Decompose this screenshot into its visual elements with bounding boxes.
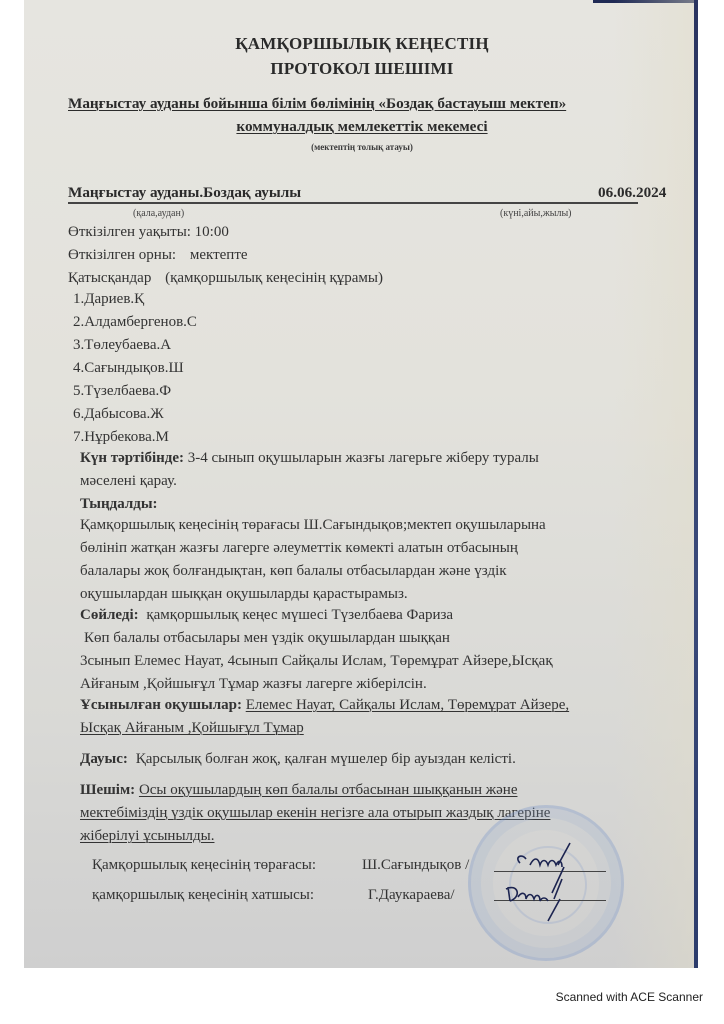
place: Маңғыстау ауданы.Боздақ ауылы [68,184,301,202]
decision-label: Шешім: [80,782,135,798]
document-title-line2: ПРОТОКОЛ ШЕШІМІ [0,59,724,79]
scanner-watermark: Scanned with ACE Scanner [556,990,703,1004]
spoke-line: Сөйледі: қамқоршылық кеңес мүшесі Түзелб… [80,607,453,624]
agenda-text: 3-4 сынып оқушыларын жазғы лагерьге жібе… [188,450,539,466]
spoke-label: Сөйледі: [80,607,139,623]
member-item: 4.Сағындықов.Ш [73,360,184,377]
venue-value: мектепте [190,247,248,263]
member-item: 6.Дабысова.Ж [73,406,164,423]
organization-caption: (мектептің толық атауы) [0,142,724,152]
spoke-text: қамқоршылық кеңес мүшесі Түзелбаева Фари… [146,607,453,623]
heard-label: Тыңдалды: [80,496,158,513]
vote-line: Дауыс: Қарсылық болған жоқ, қалған мүшел… [80,751,516,768]
document-title-line1: ҚАМҚОРШЫЛЫҚ КЕҢЕСТІҢ [0,34,724,54]
place-caption: (қала,аудан) [133,208,184,219]
member-item: 2.Алдамбергенов.С [73,314,197,331]
heard-text-line: Қамқоршылық кеңесінің төрағасы Ш.Сағынды… [80,517,546,534]
vote-label: Дауыс: [80,751,128,767]
spoke-text-line: Көп балалы отбасылары мен үздік оқушылар… [84,630,450,647]
venue-line: Өткізілген орны: мектепте [68,247,248,264]
proposed-students-cont: Ысқақ Айғаным ,Қойшығұл Тұмар [80,720,304,737]
vote-text: Қарсылық болған жоқ, қалған мүшелер бір … [136,751,516,767]
member-item: 1.Дариев.Қ [73,291,144,308]
decision-line: Шешім: Осы оқушылардың көп балалы отбасы… [80,782,517,799]
signature-name-secretary: Г.Даукараева/ [368,887,455,904]
participants-note: (қамқоршылық кеңесінің құрамы) [165,270,383,286]
date: 06.06.2024 [598,184,666,202]
decision-text: Осы оқушылардың көп балалы отбасынан шық… [139,782,518,798]
signature-role-secretary: қамқоршылық кеңесінің хатшысы: [92,887,314,904]
participants-label: Қатысқандар [68,270,151,286]
time-line: Өткізілген уақыты: 10:00 [68,224,229,241]
decision-text-line: жіберілуі ұсынылды. [80,828,214,845]
heard-text-line: оқушылардан шыққан оқушыларды қарастырам… [80,586,408,603]
venue-label: Өткізілген орны: [68,247,176,263]
member-item: 3.Төлеубаева.А [73,337,171,354]
agenda-line: Күн тәртібінде: 3-4 сынып оқушыларын жаз… [80,450,539,467]
proposed-label: Ұсынылған оқушылар: [80,697,242,713]
member-item: 7.Нұрбекова.М [73,429,169,446]
participants-line: Қатысқандар (қамқоршылық кеңесінің құрам… [68,270,383,287]
heard-text-line: бөлініп жатқан жазғы лагерге әлеуметтік … [80,540,518,557]
organization-name-line1: Маңғыстау ауданы бойынша білім бөлімінің… [68,95,566,113]
spoke-text-line: 3сынып Елемес Науат, 4сынып Сайқалы Исла… [80,653,553,670]
signature-secretary [500,875,590,925]
member-item: 5.Түзелбаева.Ф [73,383,171,400]
heard-text-line: балалары жоқ болғандықтан, көп балалы от… [80,563,507,580]
proposed-students: Елемес Науат, Сайқалы Ислам, Төремұрат А… [246,697,569,713]
signature-role-chairman: Қамқоршылық кеңесінің төрағасы: [92,857,316,874]
spoke-text-line: Айғаным ,Қойшығұл Тұмар жазғы лагерге жі… [80,676,427,693]
agenda-text-cont: мәселені қарау. [80,473,177,490]
agenda-label: Күн тәртібінде: [80,450,184,466]
decision-text-line: мектебіміздің үздік оқушылар екенін негі… [80,805,550,822]
date-caption: (күні,айы,жылы) [500,208,572,219]
organization-name-line2: коммуналдық мемлекеттік мекемесі [0,118,724,136]
proposed-line: Ұсынылған оқушылар: Елемес Науат, Сайқал… [80,697,569,714]
place-date-underline [68,202,638,204]
signature-name-chairman: Ш.Сағындықов / [362,857,469,874]
